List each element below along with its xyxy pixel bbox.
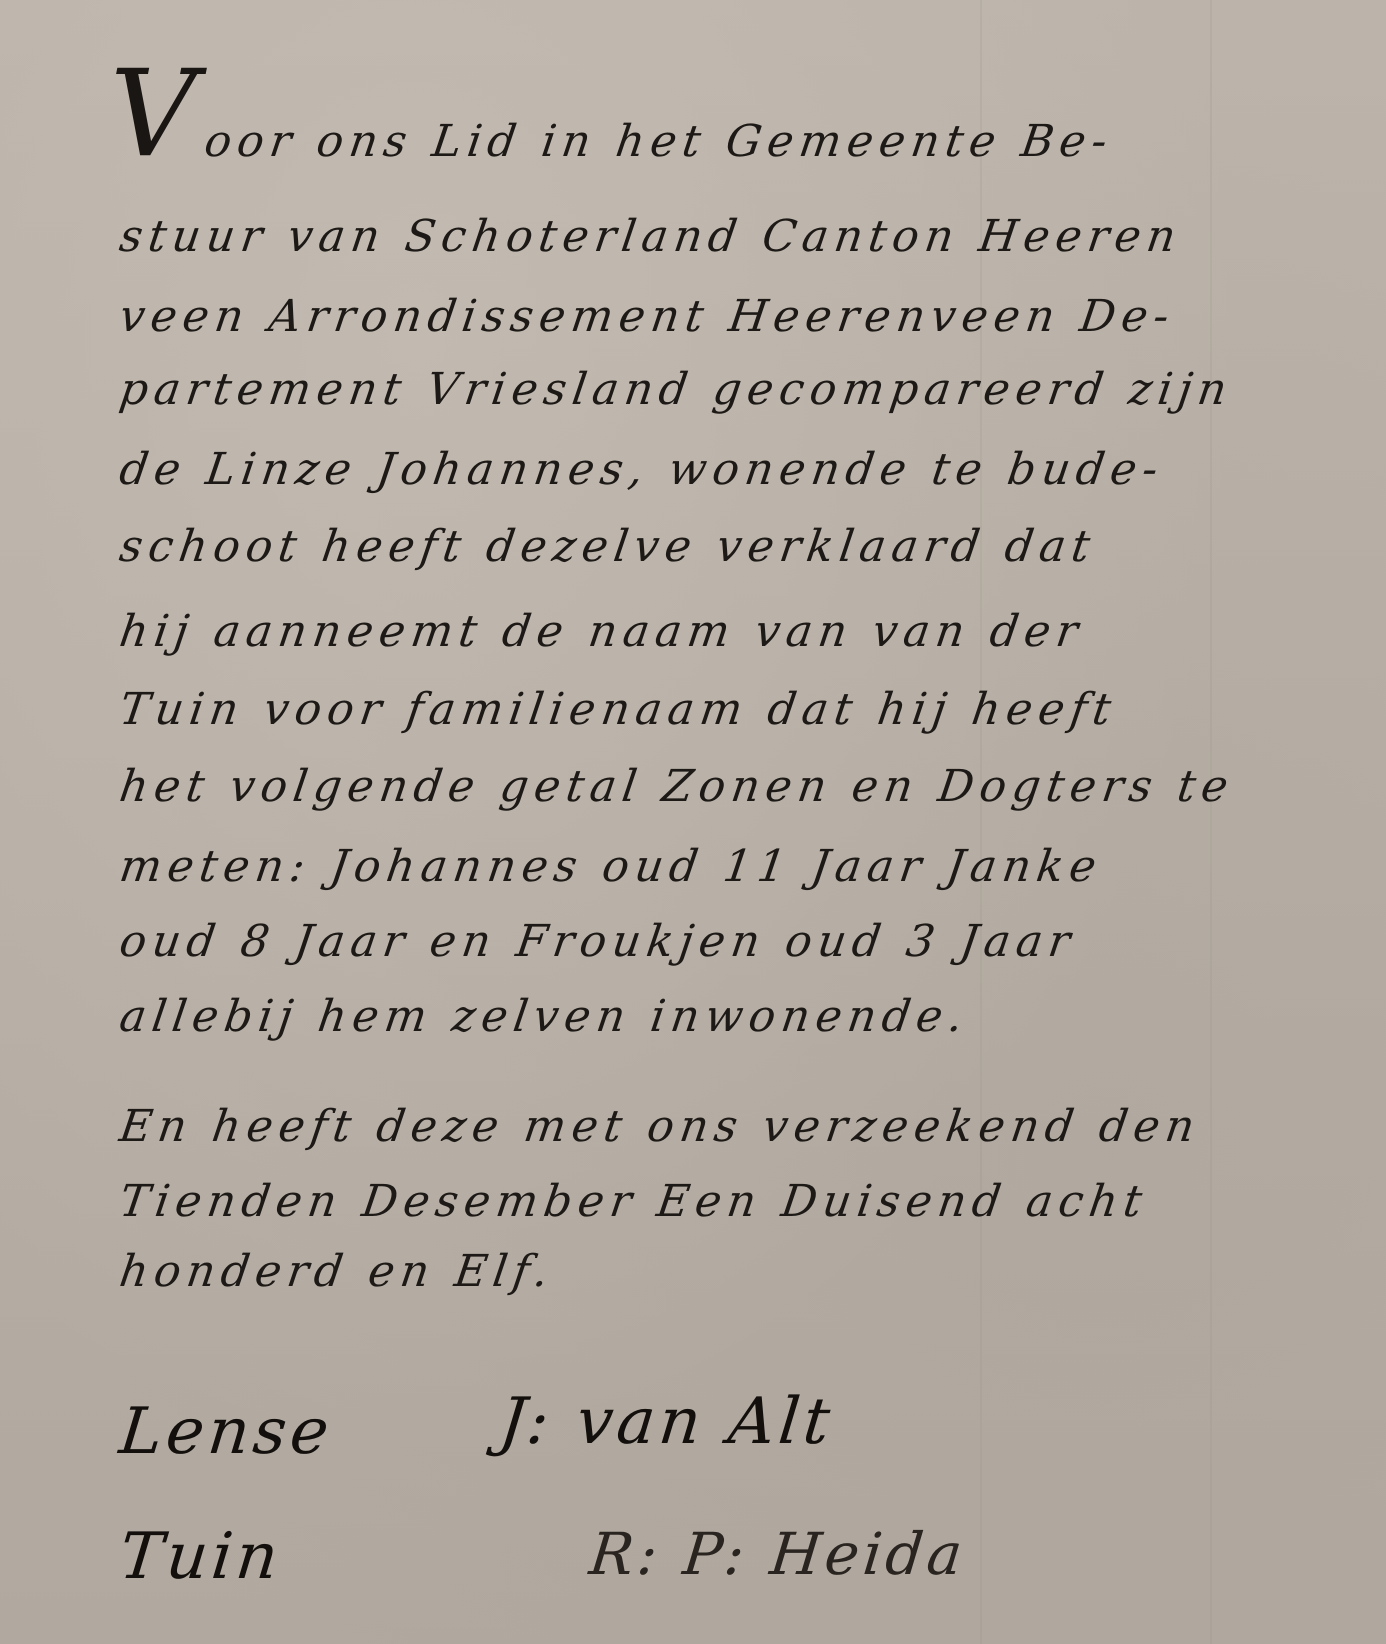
signature-right-2: R: P: Heida <box>587 1525 969 1583</box>
text-line-6: schoot heeft dezelve verklaard dat <box>117 525 1099 569</box>
document-page: V oor ons Lid in het Gemeente Be- stuur … <box>0 0 1386 1644</box>
text-line-15: honderd en Elf. <box>117 1250 557 1294</box>
text-line-5: de Linze Johannes, wonende te bude- <box>117 448 1167 492</box>
paper-fold-line <box>1210 0 1212 1644</box>
signature-right-1: J: van Alt <box>497 1390 837 1454</box>
text-line-7: hij aanneemt de naam van van der <box>117 610 1087 654</box>
signature-left-1: Lense <box>117 1400 336 1464</box>
text-line-4: partement Vriesland gecompareerd zijn <box>117 368 1235 412</box>
text-line-12: allebij hem zelven inwonende. <box>117 995 972 1039</box>
text-line-14: Tienden Desember Een Duisend acht <box>117 1180 1151 1224</box>
text-line-9: het volgende getal Zonen en Dogters te <box>117 765 1237 809</box>
text-line-13: En heeft deze met ons verzeekend den <box>117 1105 1203 1149</box>
signature-left-2: Tuin <box>117 1525 285 1589</box>
text-line-10: meten: Johannes oud 11 Jaar Janke <box>117 845 1105 889</box>
line-7-text: hij aanneemt de naam van van der <box>116 606 1087 657</box>
text-line-1: oor ons Lid in het Gemeente Be- <box>202 120 1116 164</box>
decorated-initial: V <box>110 55 197 175</box>
text-line-3: veen Arrondissement Heerenveen De- <box>117 295 1178 339</box>
text-line-2: stuur van Schoterland Canton Heeren <box>117 215 1184 259</box>
text-line-11: oud 8 Jaar en Froukjen oud 3 Jaar <box>117 920 1079 964</box>
text-line-8: Tuin voor familienaam dat hij heeft <box>117 688 1120 732</box>
